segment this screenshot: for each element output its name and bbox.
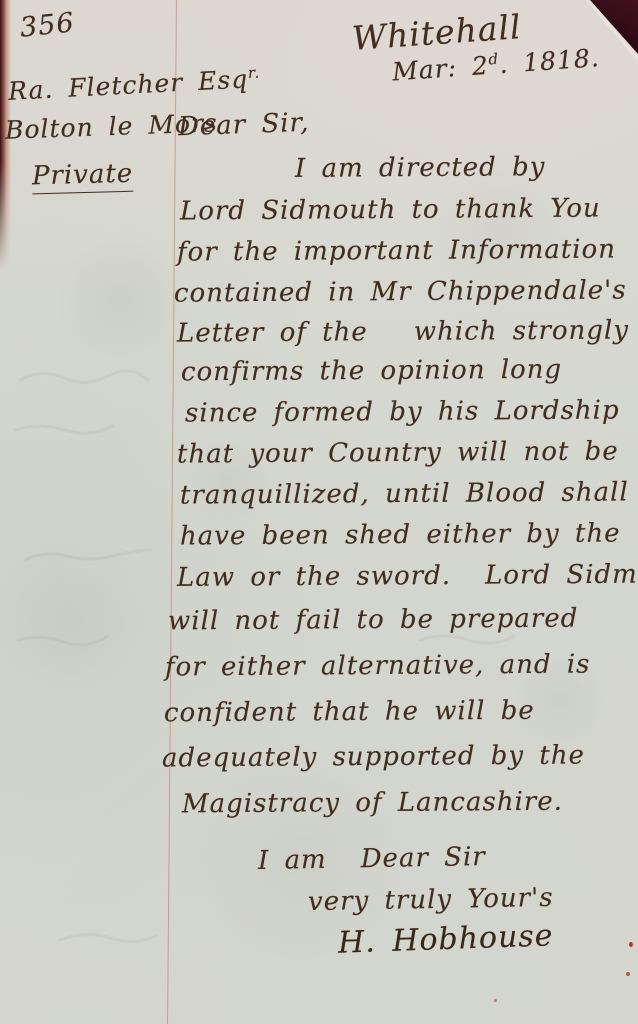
addressee-name: Ra. Fletcher Esqr. (7, 63, 261, 106)
date-year: . 1818. (498, 43, 600, 79)
signature: H. Hobhouse (337, 918, 554, 961)
body-line: for either alternative, and is (165, 650, 591, 683)
salutation: Dear Sir, (178, 108, 310, 143)
body-line: since formed by his Lordship (185, 395, 620, 428)
manuscript-letter-page: 356 Whitehall Mar: 2d. 1818. Ra. Fletche… (0, 0, 638, 1024)
privacy-marking: Private (32, 160, 133, 193)
body-line: adequately supported by the (162, 741, 585, 774)
body-line: Lord Sidmouth to thank You (180, 194, 601, 227)
date-month-day: Mar: 2 (391, 51, 490, 87)
closing-line: I amDear Sir (258, 842, 486, 876)
closing-line: very truly Your's (308, 883, 554, 917)
ink-speck (626, 972, 630, 976)
body-line: Law or the sword.Lord Sidmouth (177, 559, 638, 593)
addressee-name-suffix: r. (247, 63, 260, 82)
body-line: Letter of thewhich strongly (177, 315, 629, 348)
body-line: I am directed by (295, 152, 546, 184)
body-line: have been shed either by the (180, 518, 621, 551)
body-line: tranquillized, until Blood shall (180, 477, 629, 510)
red-margin-rule (167, 0, 177, 1024)
page-number: 356 (19, 7, 76, 44)
ink-speck (494, 999, 497, 1002)
body-line: confirms the opinion long (181, 355, 562, 388)
body-line: Magistracy of Lancashire. (182, 787, 563, 820)
body-line: for the important Information (177, 234, 616, 267)
body-line: will not fail to be prepared (168, 604, 579, 637)
body-line: that your Country will not be (177, 436, 619, 469)
body-line: contained in Mr Chippendale's (174, 275, 627, 308)
interlined-phrase: which strongly (414, 315, 629, 347)
body-line: confident that he will be (164, 696, 535, 729)
ink-speck (629, 942, 633, 947)
